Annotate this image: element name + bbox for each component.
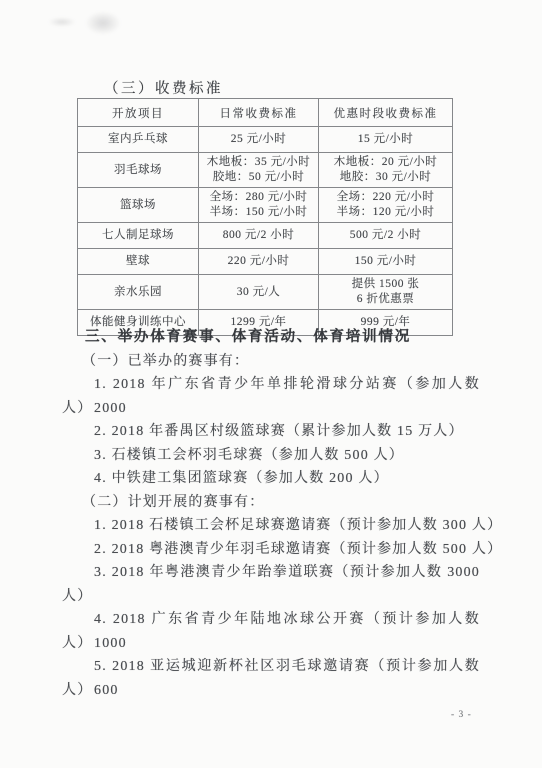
discount-fee-cell: 15 元/小时 [319, 127, 453, 153]
list-item-line: 2. 2018 年番禺区村级篮球赛（累计参加人数 15 万人） [62, 420, 480, 444]
cell-line: 羽毛球场 [79, 163, 197, 178]
cell-line: 地胶：30 元/小时 [320, 170, 451, 185]
cell-line: 800 元/2 小时 [200, 228, 317, 243]
cell-line: 15 元/小时 [320, 132, 451, 147]
document-page: （三）收费标准 开放项目日常收费标准优惠时段收费标准 室内乒乓球25 元/小时1… [0, 0, 542, 768]
cell-line: 半场：150 元/小时 [200, 205, 317, 220]
fee-item-cell: 七人制足球场 [78, 223, 199, 249]
list-item-line: 3. 2018 年粤港澳青少年跆拳道联赛（预计参加人数 3000 [62, 561, 480, 585]
cell-line: 七人制足球场 [79, 228, 197, 243]
fee-table-row: 七人制足球场800 元/2 小时500 元/2 小时 [78, 223, 453, 249]
cell-line: 全场：220 元/小时 [320, 190, 451, 205]
cell-line: 提供 1500 张 [320, 277, 451, 292]
list-item-continuation: 人） [62, 679, 480, 703]
discount-fee-cell: 500 元/2 小时 [319, 223, 453, 249]
list-item-line: 2. 2018 粤港澳青少年羽毛球邀请赛（预计参加人数 500 人） [62, 538, 480, 562]
daily-fee-cell: 木地板：35 元/小时胶地：50 元/小时 [199, 153, 319, 188]
fee-item-cell: 羽毛球场 [78, 153, 199, 188]
cell-line: 亲水乐园 [79, 285, 197, 300]
cell-line: 木地板：20 元/小时 [320, 155, 451, 170]
discount-fee-cell: 全场：220 元/小时半场：120 元/小时 [319, 188, 453, 223]
fee-table: 开放项目日常收费标准优惠时段收费标准 室内乒乓球25 元/小时15 元/小时羽毛… [77, 98, 453, 336]
fee-item-cell: 亲水乐园 [78, 275, 199, 310]
fee-table-header-row: 开放项目日常收费标准优惠时段收费标准 [78, 99, 453, 127]
cell-line: 室内乒乓球 [79, 132, 197, 147]
fee-item-cell: 室内乒乓球 [78, 127, 199, 153]
fee-table-column-header: 日常收费标准 [199, 99, 319, 127]
daily-fee-cell: 220 元/小时 [199, 249, 319, 275]
daily-fee-cell: 800 元/2 小时 [199, 223, 319, 249]
cell-line: 半场：120 元/小时 [320, 205, 451, 220]
cell-line: 500 元/2 小时 [320, 228, 451, 243]
daily-fee-cell: 25 元/小时 [199, 127, 319, 153]
discount-fee-cell: 木地板：20 元/小时地胶：30 元/小时 [319, 153, 453, 188]
cell-line: 220 元/小时 [200, 254, 317, 269]
fee-table-row: 羽毛球场木地板：35 元/小时胶地：50 元/小时木地板：20 元/小时地胶：3… [78, 153, 453, 188]
fee-table-head: 开放项目日常收费标准优惠时段收费标准 [78, 99, 453, 127]
daily-fee-cell: 30 元/人 [199, 275, 319, 310]
page-number: - 3 - [451, 710, 472, 720]
cell-line: 全场：280 元/小时 [200, 190, 317, 205]
discount-fee-cell: 150 元/小时 [319, 249, 453, 275]
list-item-line: 1. 2018 石楼镇工会杯足球赛邀请赛（预计参加人数 300 人） [62, 514, 480, 538]
fee-table-column-header: 优惠时段收费标准 [319, 99, 453, 127]
subsection-label: （一）已举办的赛事有： [62, 350, 480, 374]
fee-table-row: 篮球场全场：280 元/小时半场：150 元/小时全场：220 元/小时半场：1… [78, 188, 453, 223]
daily-fee-cell: 全场：280 元/小时半场：150 元/小时 [199, 188, 319, 223]
events-section: 三、举办体育赛事、体育活动、体育培训情况（一）已举办的赛事有：1. 2018 年… [62, 326, 480, 702]
cell-line: 25 元/小时 [200, 132, 317, 147]
list-item-line: 1. 2018 年广东省青少年单排轮滑球分站赛（参加人数 2000 [62, 373, 480, 397]
fee-section-heading: （三）收费标准 [104, 77, 223, 98]
cell-line: 150 元/小时 [320, 254, 451, 269]
cell-line: 胶地：50 元/小时 [200, 170, 317, 185]
fee-item-cell: 篮球场 [78, 188, 199, 223]
fee-item-cell: 壁球 [78, 249, 199, 275]
cell-line: 30 元/人 [200, 285, 317, 300]
fee-table-body: 室内乒乓球25 元/小时15 元/小时羽毛球场木地板：35 元/小时胶地：50 … [78, 127, 453, 336]
cell-line: 壁球 [79, 254, 197, 269]
list-item-line: 4. 2018 广东省青少年陆地冰球公开赛（预计参加人数 1000 [62, 608, 480, 632]
list-item-line: 3. 石楼镇工会杯羽毛球赛（参加人数 500 人） [62, 444, 480, 468]
fee-table-row: 壁球220 元/小时150 元/小时 [78, 249, 453, 275]
section-heading: 三、举办体育赛事、体育活动、体育培训情况 [62, 326, 480, 350]
list-item-continuation: 人） [62, 585, 480, 609]
fee-table-column-header: 开放项目 [78, 99, 199, 127]
cell-line: 木地板：35 元/小时 [200, 155, 317, 170]
fee-table-row: 室内乒乓球25 元/小时15 元/小时 [78, 127, 453, 153]
fee-table-row: 亲水乐园30 元/人提供 1500 张6 折优惠票 [78, 275, 453, 310]
discount-fee-cell: 提供 1500 张6 折优惠票 [319, 275, 453, 310]
cell-line: 6 折优惠票 [320, 292, 451, 307]
scan-smudge [48, 17, 76, 27]
scan-smudge [85, 11, 121, 35]
list-item-line: 5. 2018 亚运城迎新杯社区羽毛球邀请赛（预计参加人数 600 [62, 655, 480, 679]
subsection-label: （二）计划开展的赛事有： [62, 491, 480, 515]
cell-line: 篮球场 [79, 198, 197, 213]
list-item-line: 4. 中铁建工集团篮球赛（参加人数 200 人） [62, 467, 480, 491]
